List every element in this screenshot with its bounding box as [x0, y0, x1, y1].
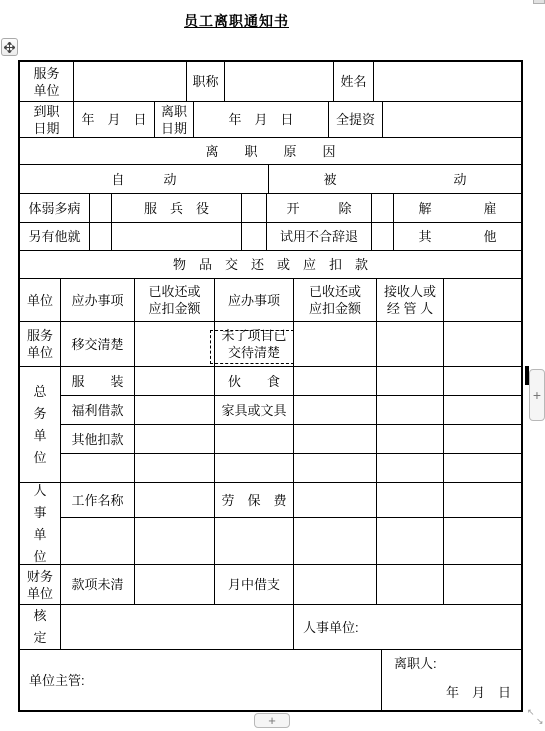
meals-label: 伙 食: [215, 367, 294, 396]
name-label: 姓名: [334, 62, 374, 102]
resize-arrow-se-icon: ↘: [536, 717, 544, 726]
depart-date-value-cell[interactable]: 年 月 日: [194, 102, 329, 138]
row-dates: 到职 日期 年 月 日 离职 日期 年 月 日 全提资: [20, 102, 521, 138]
service-receiver-cell[interactable]: [377, 322, 444, 367]
row-job-name: 工作名称 劳 保 费: [61, 483, 521, 518]
row-personnel-blank: [61, 518, 521, 565]
job-name-extra-cell[interactable]: [444, 483, 521, 518]
row-clothing: 服 装 伙 食: [61, 367, 521, 396]
reason-blank-label-cell[interactable]: [112, 223, 242, 251]
row-signatures: 单位主管: 离职人: 年 月 日: [20, 650, 521, 710]
general-blank-amount2-cell[interactable]: [294, 454, 377, 483]
personnel-blank-amount-cell[interactable]: [135, 518, 215, 565]
verify-value-cell[interactable]: [61, 605, 294, 650]
job-name-receiver-cell[interactable]: [377, 483, 444, 518]
row-handover-header: 物 品 交 还 或 应 扣 款: [20, 251, 521, 279]
clothing-label: 服 装: [61, 367, 135, 396]
welfare-loan-label: 福利借款: [61, 396, 135, 425]
other-deductions-amount-cell[interactable]: [135, 425, 215, 454]
job-name-label: 工作名称: [61, 483, 135, 518]
general-blank-matter2-cell[interactable]: [215, 454, 294, 483]
other-deductions-receiver-cell[interactable]: [377, 425, 444, 454]
unfinished-note-label: 未了项目已 交待清楚: [215, 322, 294, 367]
furniture-label: 家具或文具: [215, 396, 294, 425]
reason-blank-checkbox-cell[interactable]: [242, 223, 267, 251]
group-personnel: 人 事 单 位 工作名称 劳 保 费: [20, 483, 521, 565]
table-move-handle[interactable]: [1, 38, 18, 56]
col-amount-header: 已收还或 应扣金额: [135, 279, 215, 322]
row-handover-columns: 单位 应办事项 已收还或 应扣金额 应办事项 已收还或 应扣金额 接收人或 经 …: [20, 279, 521, 322]
unpaid-funds-label: 款项未清: [61, 565, 135, 605]
reason-laid-off-label: 解 雇: [394, 194, 521, 223]
group-finance: 财务 单位 款项未清 月中借支: [20, 565, 521, 605]
add-row-button[interactable]: +: [254, 713, 290, 728]
personnel-blank-matter2-cell[interactable]: [215, 518, 294, 565]
row-welfare: 福利借款 家具或文具: [61, 396, 521, 425]
row-verify: 核 定 人事单位:: [20, 605, 521, 650]
reason-other-label: 其 他: [394, 223, 521, 251]
reason-dismissal-checkbox-cell[interactable]: [372, 194, 394, 223]
group-general-affairs: 总 务 单 位 服 装 伙 食 福利借款 家具或文具 其他扣款: [20, 367, 521, 483]
salary-value-cell[interactable]: [383, 102, 521, 138]
col-unit-header: 单位: [20, 279, 61, 322]
service-extra-cell[interactable]: [444, 322, 521, 367]
plus-icon: +: [268, 714, 276, 727]
labor-insurance-amount-cell[interactable]: [294, 483, 377, 518]
unpaid-amount-cell[interactable]: [135, 565, 215, 605]
voluntary-label: 自 动: [20, 165, 269, 194]
job-title-label: 职称: [187, 62, 225, 102]
arrival-date-value-cell[interactable]: 年 月 日: [74, 102, 155, 138]
other-deductions-label: 其他扣款: [61, 425, 135, 454]
row-general-blank: [61, 454, 521, 483]
transfer-amount-cell[interactable]: [135, 322, 215, 367]
reason-probation-checkbox-cell[interactable]: [372, 223, 394, 251]
personnel-blank-matter-cell[interactable]: [61, 518, 135, 565]
leaver-signature-label: 离职人:: [382, 650, 521, 672]
midmonth-advance-label: 月中借支: [215, 565, 294, 605]
clothing-receiver-cell[interactable]: [377, 367, 444, 396]
job-name-amount-cell[interactable]: [135, 483, 215, 518]
verify-label: 核 定: [20, 605, 61, 650]
depart-date-label: 离职 日期: [155, 102, 194, 138]
general-blank-extra-cell[interactable]: [444, 454, 521, 483]
group-finance-label: 财务 单位: [20, 565, 61, 605]
row-reason-1: 体弱多病 服 兵 役 开 除 解 雇: [20, 194, 521, 223]
plus-icon: +: [533, 387, 541, 403]
reason-weak-sick-label: 体弱多病: [20, 194, 90, 223]
resize-arrow-nw-icon: ↖: [527, 708, 535, 717]
col-amount2-header: 已收还或 应扣金额: [294, 279, 377, 322]
supervisor-signature-cell[interactable]: 单位主管:: [20, 650, 382, 710]
finance-receiver-cell[interactable]: [377, 565, 444, 605]
general-blank-receiver-cell[interactable]: [377, 454, 444, 483]
group-service-unit: 服务 单位 移交清楚 未了项目已 交待清楚: [20, 322, 521, 367]
reason-dismissal-label: 开 除: [267, 194, 372, 223]
welfare-extra-cell[interactable]: [444, 396, 521, 425]
general-blank-amount-cell[interactable]: [135, 454, 215, 483]
personnel-unit-signature-cell[interactable]: 人事单位:: [294, 605, 521, 650]
row-reason-categories: 自 动 被 动: [20, 165, 521, 194]
table-resize-handle[interactable]: ↖ ↘: [526, 706, 545, 730]
row-finance: 款项未清 月中借支: [61, 565, 521, 605]
form-table: 服务 单位 职称 姓名 到职 日期 年 月 日 离职 日期 年 月 日 全提资 …: [18, 60, 523, 712]
reason-military-checkbox-cell[interactable]: [242, 194, 267, 223]
unfinished-amount-cell[interactable]: [294, 322, 377, 367]
other-deductions-extra-cell[interactable]: [444, 425, 521, 454]
col-extra-header-cell[interactable]: [444, 279, 521, 322]
clothing-extra-cell[interactable]: [444, 367, 521, 396]
furniture-amount-cell[interactable]: [294, 396, 377, 425]
reason-weak-sick-checkbox-cell[interactable]: [90, 194, 112, 223]
row-service-unit: 移交清楚 未了项目已 交待清楚: [61, 322, 521, 367]
meals-amount-cell[interactable]: [294, 367, 377, 396]
midmonth-amount-cell[interactable]: [294, 565, 377, 605]
job-title-value-cell[interactable]: [225, 62, 334, 102]
personnel-blank-amount2-cell[interactable]: [294, 518, 377, 565]
row-reason-header: 离 职 原 因: [20, 138, 521, 165]
personnel-blank-receiver-cell[interactable]: [377, 518, 444, 565]
row-other-deductions: 其他扣款: [61, 425, 521, 454]
other-deductions-matter2-cell[interactable]: [215, 425, 294, 454]
scrollbar-fragment[interactable]: [533, 0, 545, 4]
row-reason-2: 另有他就 试用不合辞退 其 他: [20, 223, 521, 251]
add-column-button[interactable]: +: [529, 369, 545, 421]
personnel-blank-extra-cell[interactable]: [444, 518, 521, 565]
handover-section-title: 物 品 交 还 或 应 扣 款: [20, 251, 521, 279]
welfare-receiver-cell[interactable]: [377, 396, 444, 425]
service-unit-value-cell[interactable]: [74, 62, 187, 102]
welfare-amount-cell[interactable]: [135, 396, 215, 425]
document-title: 员工离职通知书: [18, 11, 455, 33]
row-identity: 服务 单位 职称 姓名: [20, 62, 521, 102]
service-unit-label: 服务 单位: [20, 62, 74, 102]
group-general-affairs-label: 总 务 单 位: [20, 367, 61, 483]
name-value-cell[interactable]: [374, 62, 521, 102]
leaver-signature-cell[interactable]: 离职人: 年 月 日: [382, 650, 521, 710]
move-icon: [4, 42, 15, 53]
col-matter2-header: 应办事项: [215, 279, 294, 322]
arrival-date-label: 到职 日期: [20, 102, 74, 138]
group-personnel-label: 人 事 单 位: [20, 483, 61, 565]
involuntary-label: 被 动: [269, 165, 521, 194]
other-deductions-amount2-cell[interactable]: [294, 425, 377, 454]
reason-military-label: 服 兵 役: [112, 194, 242, 223]
group-service-unit-label: 服务 单位: [20, 322, 61, 367]
general-blank-matter-cell[interactable]: [61, 454, 135, 483]
col-matter-header: 应办事项: [61, 279, 135, 322]
leaver-date-line: 年 月 日: [382, 684, 521, 710]
reason-probation-label: 试用不合辞退: [267, 223, 372, 251]
reason-another-job-label: 另有他就: [20, 223, 90, 251]
clothing-amount-cell[interactable]: [135, 367, 215, 396]
transfer-clear-label: 移交清楚: [61, 322, 135, 367]
reason-another-job-checkbox-cell[interactable]: [90, 223, 112, 251]
col-receiver-header: 接收人或 经 管 人: [377, 279, 444, 322]
reason-section-title: 离 职 原 因: [20, 138, 521, 165]
finance-extra-cell[interactable]: [444, 565, 521, 605]
labor-insurance-label: 劳 保 费: [215, 483, 294, 518]
salary-label: 全提资: [329, 102, 383, 138]
